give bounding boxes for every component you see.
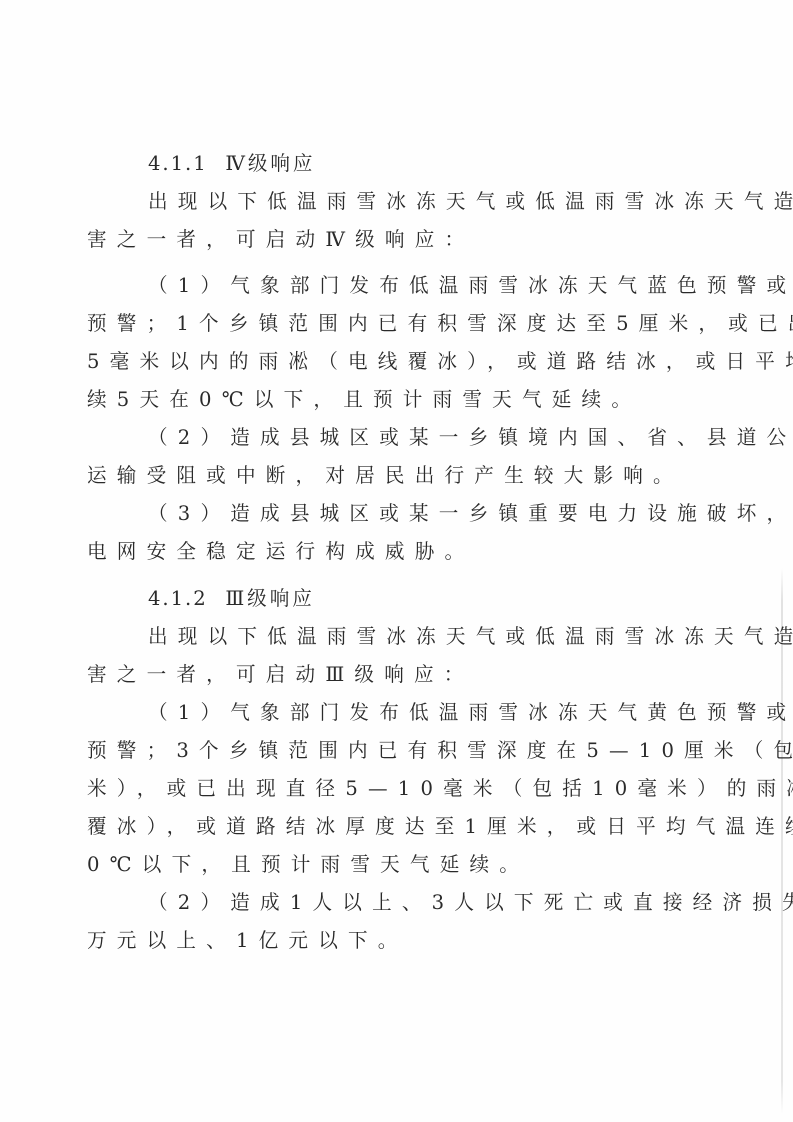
document-page: 4.1.1Ⅳ级响应 出现以下低温雨雪冰冻天气或低温雨雪冰冻天气造成的灾 害之一者… [0,0,793,1122]
section-title: Ⅳ级响应 [225,151,315,175]
section-heading-4-1-1: 4.1.1Ⅳ级响应 [148,148,765,178]
scan-edge-line [781,568,783,1114]
list-item-line: 米），或已出现直径5—10毫米（包括10毫米）的雨凇（电线 [87,773,704,803]
list-item-line: 0℃以下，且预计雨雪天气延续。 [87,849,704,879]
paragraph-line: 出现以下低温雨雪冰冻天气或低温雨雪冰冻天气造成的灾 [148,186,765,216]
list-item-line: 覆冰），或道路结冰厚度达至1厘米，或日平均气温连续8天在 [87,811,704,841]
list-item-line: 续5天在0℃以下，且预计雨雪天气延续。 [87,384,704,414]
list-item-line: 预警；1个乡镇范围内已有积雪深度达至5厘米，或已出现直径 [87,308,704,338]
section-heading-4-1-2: 4.1.2Ⅲ级响应 [148,583,765,613]
paragraph-line: 出现以下低温雨雪冰冻天气或低温雨雪冰冻天气造成的灾 [148,621,765,651]
list-item-line: （2）造成1人以上、3人以下死亡或直接经济损失在1千 [148,887,765,917]
paragraph-line: 害之一者，可启动Ⅲ级响应： [87,659,704,689]
section-number: 4.1.2 [148,586,208,610]
list-item-line: 电网安全稳定运行构成威胁。 [87,536,704,566]
list-item-line: （1）气象部门发布低温雨雪冰冻天气黄色预警或暴雪黄色 [148,697,765,727]
section-number: 4.1.1 [148,151,208,175]
section-title: Ⅲ级响应 [225,586,314,610]
list-item-line: 万元以上、1亿元以下。 [87,925,704,955]
paragraph-line: 害之一者，可启动Ⅳ级响应： [87,224,704,254]
list-item-line: 运输受阻或中断，对居民出行产生较大影响。 [87,460,704,490]
list-item-line: （3）造成县城区或某一乡镇重要电力设施破坏，对本地区 [148,498,765,528]
list-item-line: （2）造成县城区或某一乡镇境内国、省、县道公路或铁路 [148,422,765,452]
list-item-line: 5毫米以内的雨凇（电线覆冰），或道路结冰，或日平均气温连 [87,346,704,376]
list-item-line: 预警；3个乡镇范围内已有积雪深度在5—10厘米（包括10厘 [87,735,704,765]
list-item-line: （1）气象部门发布低温雨雪冰冻天气蓝色预警或暴雪蓝色 [148,270,765,300]
